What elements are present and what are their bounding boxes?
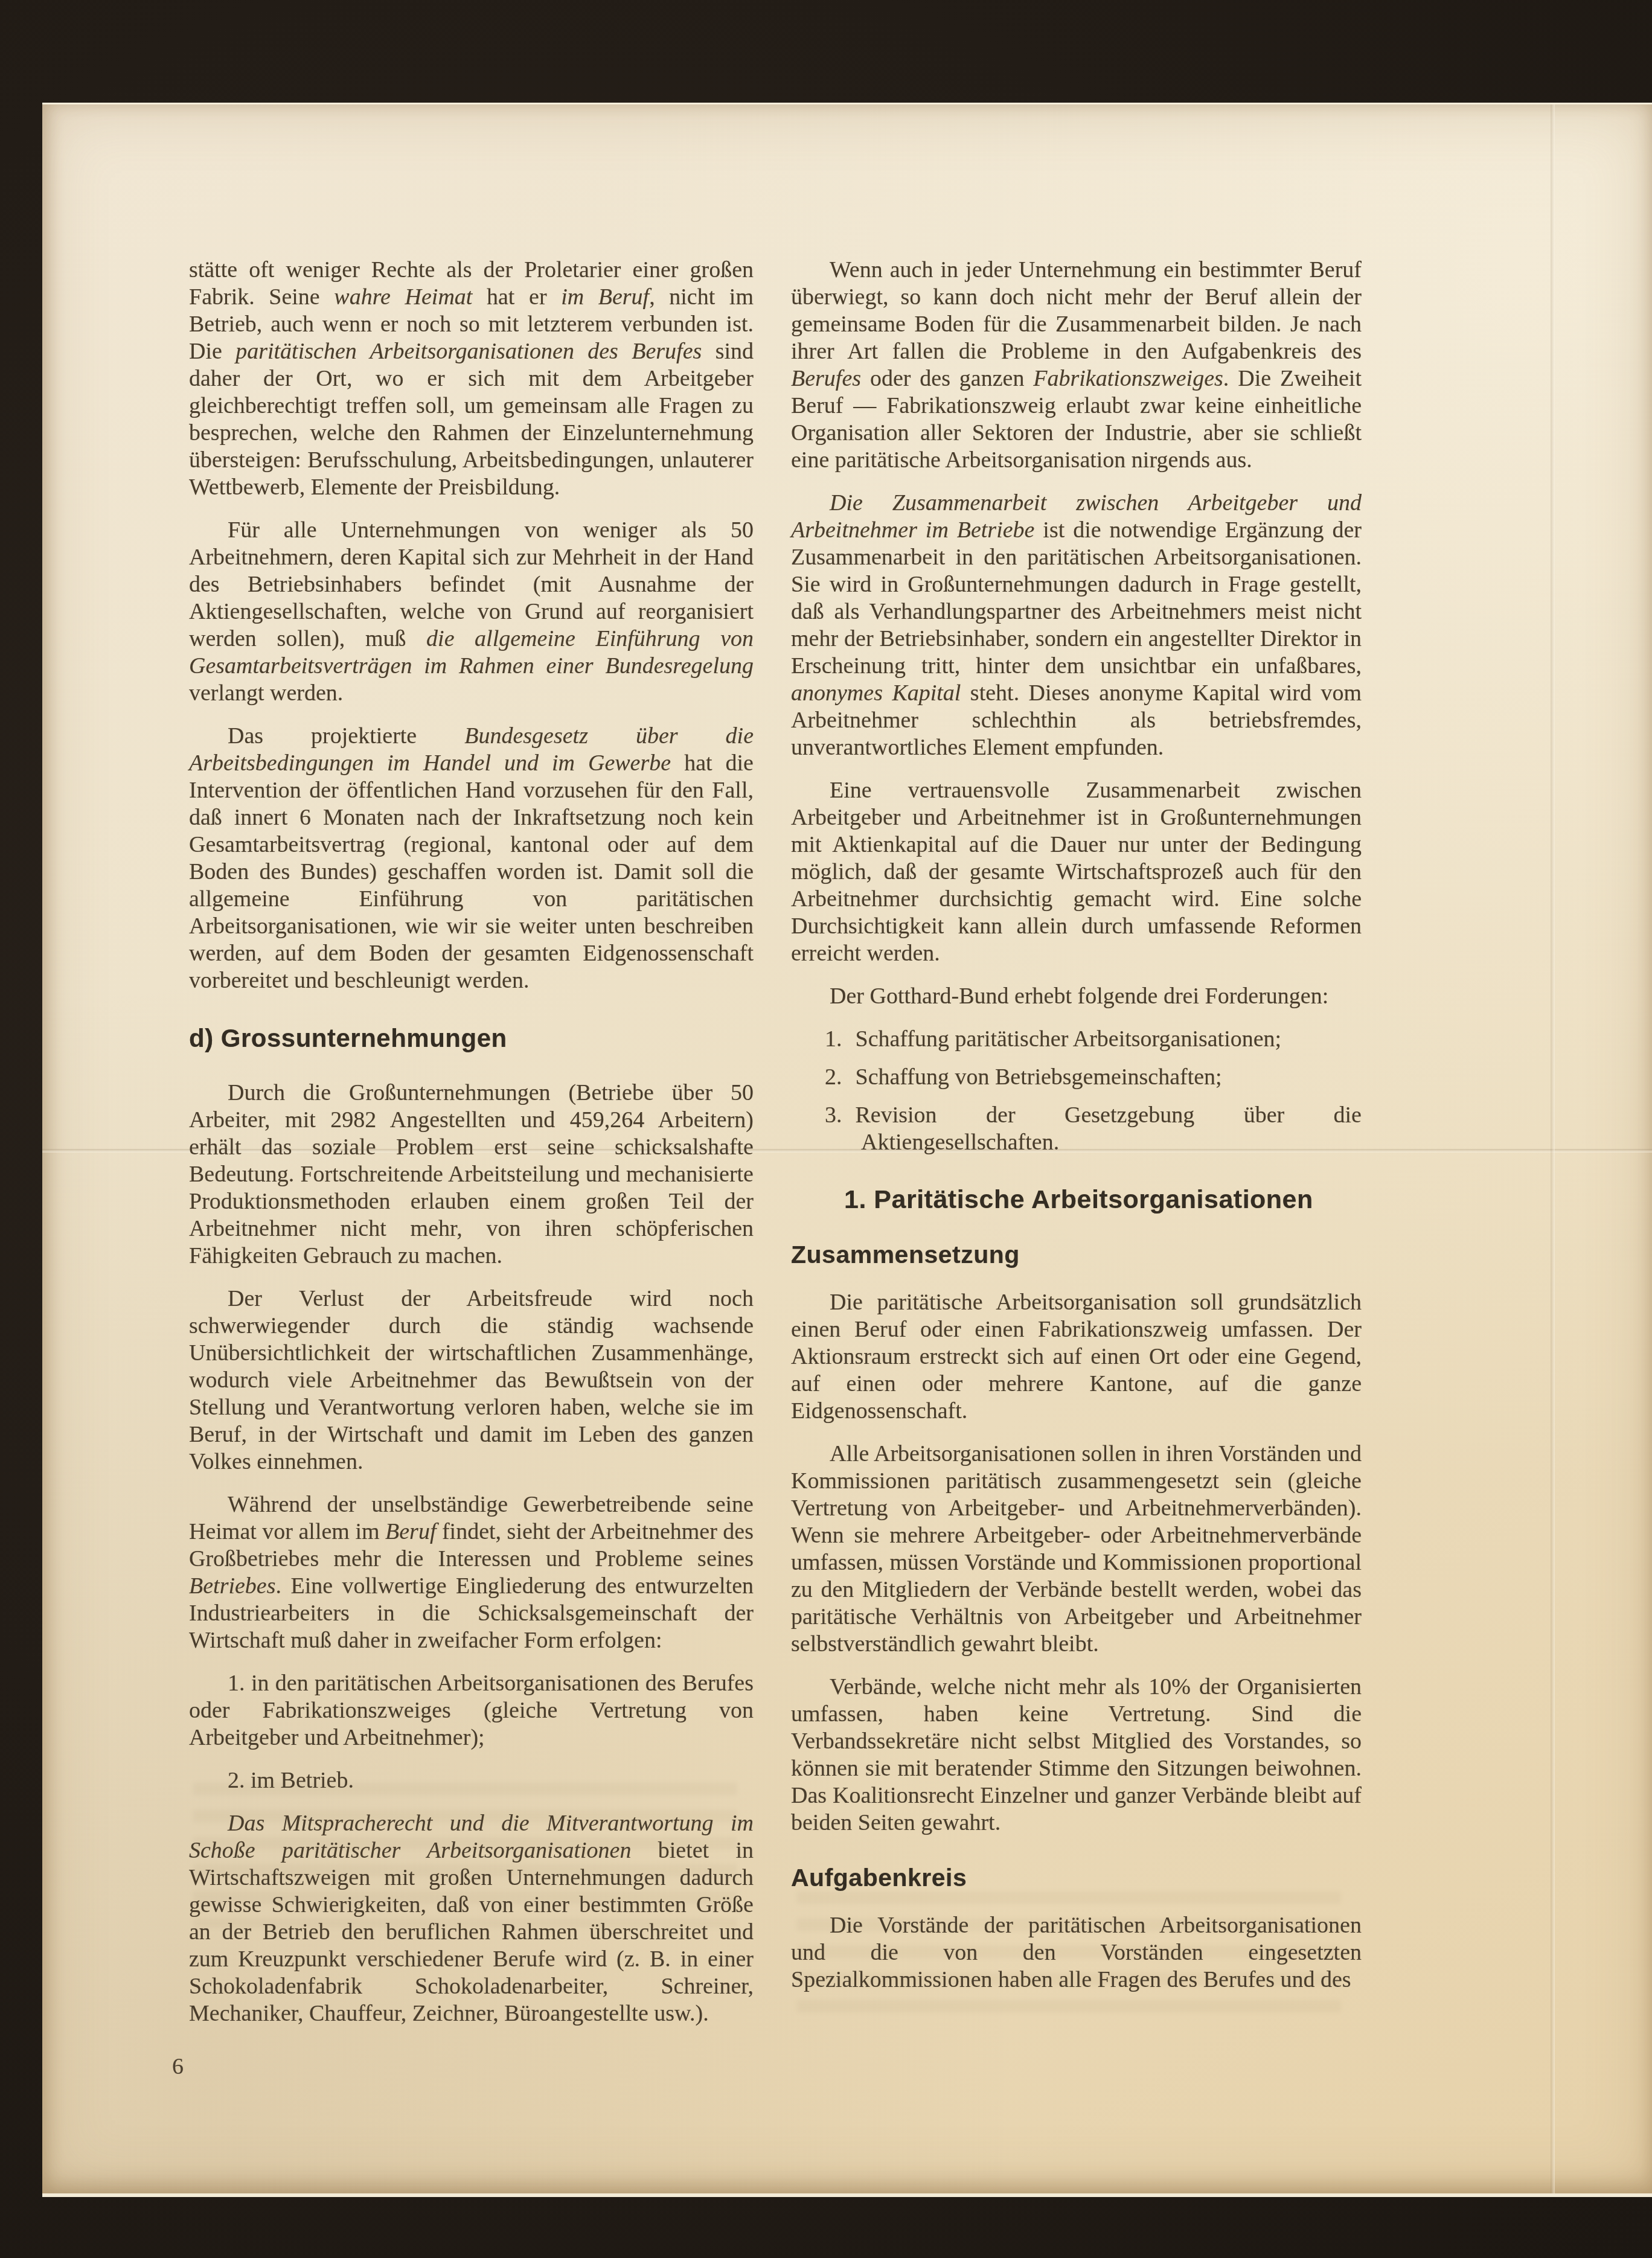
paragraph: Die Zusammenarbeit zwischen Arbeitgeber … (791, 490, 1362, 761)
emphasis-text: im Beruf (561, 284, 649, 310)
list-marker: 3. (825, 1102, 856, 1128)
subsection-heading: Zusammensetzung (791, 1241, 1362, 1268)
scanned-document-page: { "page": { "number": "6", "language": "… (0, 0, 1652, 2258)
body-text: Alle Arbeitsorganisationen sollen in ihr… (791, 1441, 1362, 1657)
body-text: Wenn auch in jeder Unternehmung ein best… (791, 257, 1362, 364)
right-text-column: Wenn auch in jeder Unternehmung ein best… (791, 257, 1362, 2009)
paragraph: stätte oft weniger Rechte als der Prolet… (189, 257, 754, 501)
body-text: Das projektierte (228, 723, 464, 749)
body-text: 1. in den paritätischen Arbeitsorganisat… (189, 1671, 754, 1750)
paragraph: Während der unselbständige Gewerbetreibe… (189, 1491, 754, 1654)
list-marker: 1. (825, 1026, 856, 1052)
vertical-fold-crease (1551, 104, 1555, 2193)
list-item-text: Revision der Gesetzgebung über die Aktie… (856, 1102, 1362, 1155)
body-text: verlangt werden. (189, 680, 343, 706)
body-text: Schaffung von Betriebsgemeinschaften; (856, 1064, 1222, 1090)
body-text: 2. im Betrieb. (228, 1768, 354, 1793)
paragraph: 1. in den paritätischen Arbeitsorganisat… (189, 1670, 754, 1751)
emphasis-text: Berufes (791, 366, 861, 391)
paragraph: Der Gotthard-Bund erhebt folgende drei F… (791, 983, 1362, 1010)
body-text: Schaffung paritätischer Arbeitsorganisat… (856, 1026, 1282, 1052)
body-text: Durch die Großunternehmungen (Betriebe ü… (189, 1080, 754, 1268)
body-text: Der Verlust der Arbeitsfreude wird noch … (189, 1286, 754, 1474)
body-text: hat die Intervention der öffentlichen Ha… (189, 750, 754, 993)
paragraph: Alle Arbeitsorganisationen sollen in ihr… (791, 1441, 1362, 1658)
emphasis-text: paritätischen Arbeitsorganisationen des … (235, 339, 702, 364)
list-item-text: Schaffung von Betriebsgemeinschaften; (856, 1064, 1222, 1090)
list-item: 2.Schaffung von Betriebsgemeinschaften; (825, 1064, 1362, 1091)
paragraph: Der Verlust der Arbeitsfreude wird noch … (189, 1285, 754, 1476)
paragraph: Die Vorstände der paritätischen Arbeitso… (791, 1912, 1362, 1994)
left-text-column: stätte oft weniger Rechte als der Prolet… (189, 257, 754, 2043)
list-marker: 2. (825, 1064, 856, 1090)
paper-sheet: stätte oft weniger Rechte als der Prolet… (42, 103, 1652, 2197)
section-heading: d) Grossunternehmungen (189, 1025, 754, 1052)
subsection-heading: Aufgabenkreis (791, 1864, 1362, 1892)
body-text: Die Vorstände der paritätischen Arbeitso… (791, 1913, 1362, 1992)
page-number: 6 (172, 2053, 184, 2080)
paragraph: Durch die Großunternehmungen (Betriebe ü… (189, 1079, 754, 1270)
paragraph: Wenn auch in jeder Unternehmung ein best… (791, 257, 1362, 474)
paragraph: Für alle Unternehmungen von weniger als … (189, 517, 754, 707)
body-text: Der Gotthard-Bund erhebt folgende drei F… (830, 983, 1328, 1009)
emphasis-text: Betriebes (189, 1573, 276, 1599)
paragraph: Die paritätische Arbeitsorganisation sol… (791, 1289, 1362, 1425)
paragraph: Das projektierte Bundesgesetz über die A… (189, 723, 754, 994)
emphasis-text: wahre Heimat (334, 284, 472, 310)
paragraph: Verbände, welche nicht mehr als 10% der … (791, 1674, 1362, 1837)
paragraph: Eine vertrauensvolle Zusammenarbeit zwis… (791, 777, 1362, 967)
body-text: Die paritätische Arbeitsorganisation sol… (791, 1290, 1362, 1424)
body-text: oder des ganzen (861, 366, 1033, 391)
body-text: Verbände, welche nicht mehr als 10% der … (791, 1674, 1362, 1835)
list-item: 1.Schaffung paritätischer Arbeitsorganis… (825, 1026, 1362, 1053)
emphasis-text: anonymes Kapital (791, 680, 961, 706)
body-text: Revision der Gesetzgebung über die Aktie… (856, 1102, 1362, 1155)
paragraph: 2. im Betrieb. (189, 1767, 754, 1794)
list-item-text: Schaffung paritätischer Arbeitsorganisat… (856, 1026, 1282, 1052)
emphasis-text: Beruf (385, 1519, 436, 1544)
emphasis-text: Fabrikationszweiges (1033, 366, 1223, 391)
section-heading: 1. Paritätische Arbeitsorganisationen (844, 1186, 1362, 1214)
body-text: Eine vertrauensvolle Zusammenarbeit zwis… (791, 778, 1362, 966)
list-item: 3.Revision der Gesetzgebung über die Akt… (825, 1102, 1362, 1156)
body-text: bietet in Wirtschaftszweigen mit großen … (189, 1838, 754, 2026)
paragraph: Das Mitspracherecht und die Mitverantwor… (189, 1810, 754, 2027)
body-text: hat er (472, 284, 561, 310)
